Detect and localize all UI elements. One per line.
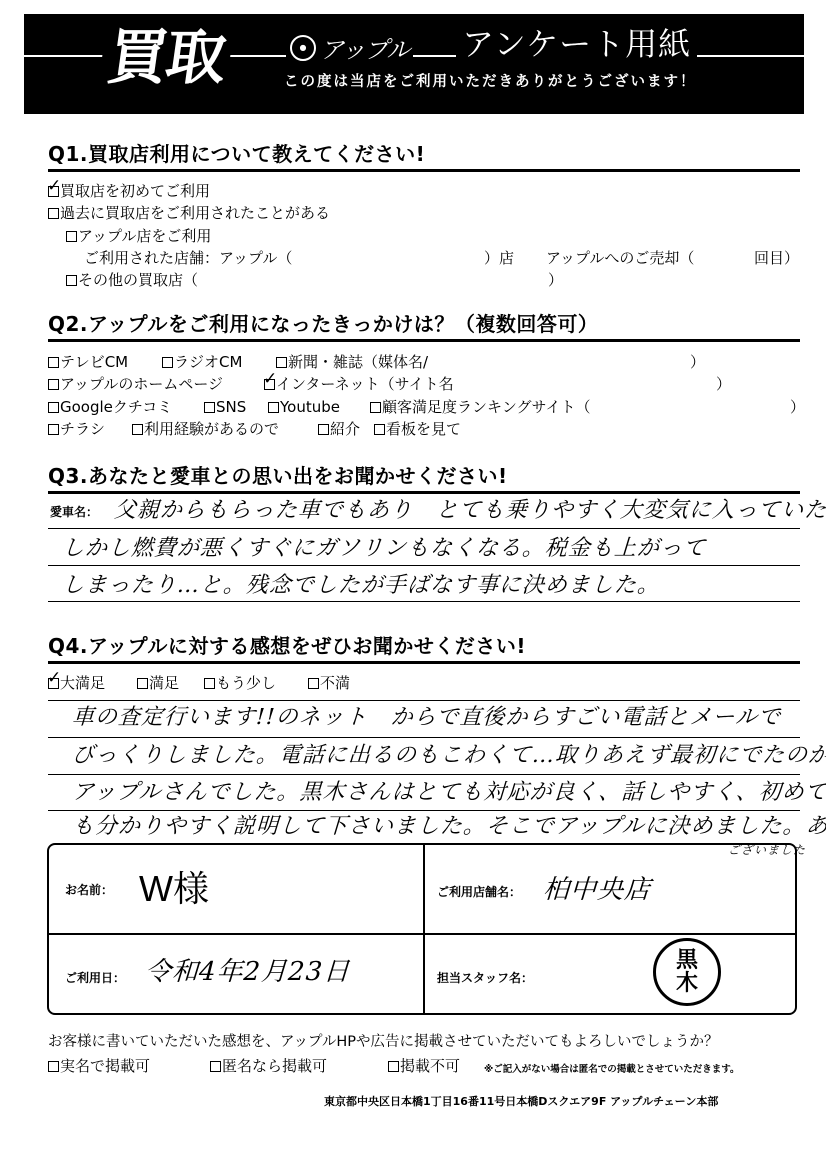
checkbox-icon[interactable] <box>48 1061 59 1072</box>
q2-option-newspaper[interactable]: 新聞・雑誌（媒体名/ <box>276 351 428 373</box>
consent-option-anonymous[interactable]: 匿名なら掲載可 <box>210 1055 327 1077</box>
checkbox-icon[interactable] <box>204 402 215 413</box>
staff-label: 担当スタッフ名： <box>437 969 533 986</box>
paren-close: ） <box>690 351 705 373</box>
q2-option-referral[interactable]: 紹介 <box>318 418 360 440</box>
q2-option-prior-use[interactable]: 利用経験があるので <box>132 418 279 440</box>
q3-answer-line-3[interactable]: しまったり…と。残念でしたが手ばなす事に決めました。 <box>61 571 661 601</box>
checkbox-checked-icon[interactable] <box>48 678 59 689</box>
checkbox-icon[interactable] <box>204 678 215 689</box>
q2-option-radio-cm[interactable]: ラジオCM <box>162 351 242 373</box>
checkbox-icon[interactable] <box>210 1061 221 1072</box>
checkbox-icon[interactable] <box>48 208 59 219</box>
writing-line <box>48 601 800 602</box>
q1-other-close: ） <box>548 269 563 291</box>
divider <box>423 845 425 1013</box>
checkbox-icon[interactable] <box>370 402 381 413</box>
q3-answer-line-2[interactable]: しかし燃費が悪くすぐにガソリンもなくなる。税金も上がって <box>61 534 707 564</box>
q2-heading: Q2.アップルをご利用になったきっかけは？（複数回答可） <box>48 311 800 342</box>
q2-option-ranking-site[interactable]: 顧客満足度ランキングサイト（ <box>370 396 591 418</box>
checkbox-icon[interactable] <box>162 357 173 368</box>
checkbox-icon[interactable] <box>48 357 59 368</box>
q4-option-could-be-better[interactable]: もう少し <box>204 672 276 694</box>
checkbox-icon[interactable] <box>48 424 59 435</box>
brand-name: アップル <box>320 30 409 65</box>
q2-option-homepage[interactable]: アップルのホームページ <box>48 373 223 395</box>
q3-answer-line-1[interactable]: 父親からもらった車でもあり とても乗りやすく大変気に入っていた。 <box>113 496 826 526</box>
q1-store-used-label: ご利用された店舗：アップル（ <box>84 247 292 269</box>
q4-heading: Q4.アップルに対する感想をぜひお聞かせください! <box>48 633 800 664</box>
q1-sale-count-suffix: 回目） <box>754 247 799 269</box>
q3-heading: Q3.あなたと愛車との思い出をお聞かせください! <box>48 463 800 494</box>
writing-line <box>48 528 800 529</box>
consent-option-not-allowed[interactable]: 掲載不可 <box>388 1055 460 1077</box>
checkbox-icon[interactable] <box>388 1061 399 1072</box>
checkbox-checked-icon[interactable] <box>48 186 59 197</box>
paren-close: ） <box>716 373 731 395</box>
divider <box>49 933 795 935</box>
name-label: お名前： <box>65 881 113 898</box>
q2-option-sns[interactable]: SNS <box>204 396 246 418</box>
q1-sale-count-label: アップルへのご売却（ <box>546 247 694 269</box>
writing-line <box>48 774 800 775</box>
customer-info-box: お名前： W様 ご利用店舗名： 柏中央店 ご利用日： 令和4年2月23日 担当ス… <box>47 843 797 1015</box>
store-value[interactable]: 柏中央店 <box>542 875 652 905</box>
q2-option-tv-cm[interactable]: テレビCM <box>48 351 128 373</box>
writing-line <box>48 700 800 701</box>
checkbox-icon[interactable] <box>66 275 77 286</box>
q4-answer-line-1[interactable]: 車の査定行います!!のネット からで直後からすごい電話とメールで <box>71 703 782 733</box>
checkbox-icon[interactable] <box>48 402 59 413</box>
checkbox-icon[interactable] <box>132 424 143 435</box>
q1-option-other-store[interactable]: その他の買取店（ <box>66 269 198 291</box>
header-banner: 買取 ● アップル アンケート用紙 この度は当店をご利用いただきありがとうござい… <box>24 14 804 114</box>
consent-option-real-name[interactable]: 実名で掲載可 <box>48 1055 150 1077</box>
form-subtitle: この度は当店をご利用いただきありがとうございます！ <box>284 70 697 91</box>
q1-store-used-suffix: ）店 <box>484 247 514 269</box>
date-value[interactable]: 令和4年2月23日 <box>144 957 351 987</box>
q2-option-youtube[interactable]: Youtube <box>268 396 340 418</box>
checkbox-icon[interactable] <box>374 424 385 435</box>
writing-line <box>48 737 800 738</box>
checkbox-icon[interactable] <box>137 678 148 689</box>
q2-option-google-reviews[interactable]: Googleクチコミ <box>48 396 172 418</box>
checkbox-icon[interactable] <box>308 678 319 689</box>
checkbox-icon[interactable] <box>268 402 279 413</box>
writing-line <box>48 565 800 566</box>
q1-heading: Q1.買取店利用について教えてください! <box>48 141 800 172</box>
apple-mascot-icon: ● <box>290 35 316 61</box>
q4-answer-line-4[interactable]: も分かりやすく説明して下さいました。そこでアップルに決めました。ありがとう <box>71 812 826 842</box>
consent-note: ※ご記入がない場合は匿名での掲載とさせていただきます。 <box>484 1061 739 1075</box>
consent-question: お客様に書いていただいた感想を、アップルHPや広告に掲載させていただいてもよろし… <box>48 1030 719 1051</box>
staff-seal-stamp: 黒 木 <box>653 938 721 1006</box>
q4-answer-line-3[interactable]: アップルさんでした。黒木さんはとても対応が良く、話しやすく、初めての私にて <box>71 778 826 808</box>
kaitori-title: 買取 <box>97 20 236 96</box>
q4-option-very-satisfied[interactable]: 大満足 <box>48 672 105 694</box>
car-name-label: 愛車名： <box>50 503 98 520</box>
date-label: ご利用日： <box>65 969 125 986</box>
q4-option-satisfied[interactable]: 満足 <box>137 672 179 694</box>
q4-option-dissatisfied[interactable]: 不満 <box>308 672 350 694</box>
checkbox-icon[interactable] <box>66 231 77 242</box>
hq-address: 東京都中央区日本橋1丁目16番11号日本橋Dスクエア9F アップルチェーン本部 <box>324 1093 718 1109</box>
store-label: ご利用店舗名： <box>437 883 521 900</box>
q4-answer-line-2[interactable]: びっくりしました。電話に出るのもこわくて…取りあえず最初にでたのが <box>71 741 826 771</box>
name-value[interactable]: W様 <box>139 867 209 911</box>
checkbox-icon[interactable] <box>276 357 287 368</box>
checkbox-icon[interactable] <box>48 379 59 390</box>
checkbox-checked-icon[interactable] <box>264 379 275 390</box>
q1-option-first-time[interactable]: 買取店を初めてご利用 <box>48 180 210 202</box>
q2-option-internet[interactable]: インターネット（サイト名 <box>264 373 454 395</box>
q1-option-apple-store[interactable]: アップル店をご利用 <box>66 225 211 247</box>
checkbox-icon[interactable] <box>318 424 329 435</box>
form-title: アンケート用紙 <box>456 26 697 62</box>
q2-option-flyer[interactable]: チラシ <box>48 418 105 440</box>
q1-option-used-before[interactable]: 過去に買取店をご利用されたことがある <box>48 202 330 224</box>
brand-logo: ● アップル <box>286 30 413 65</box>
paren-close: ） <box>790 396 805 418</box>
writing-line <box>48 810 800 811</box>
q2-option-signboard[interactable]: 看板を見て <box>374 418 461 440</box>
